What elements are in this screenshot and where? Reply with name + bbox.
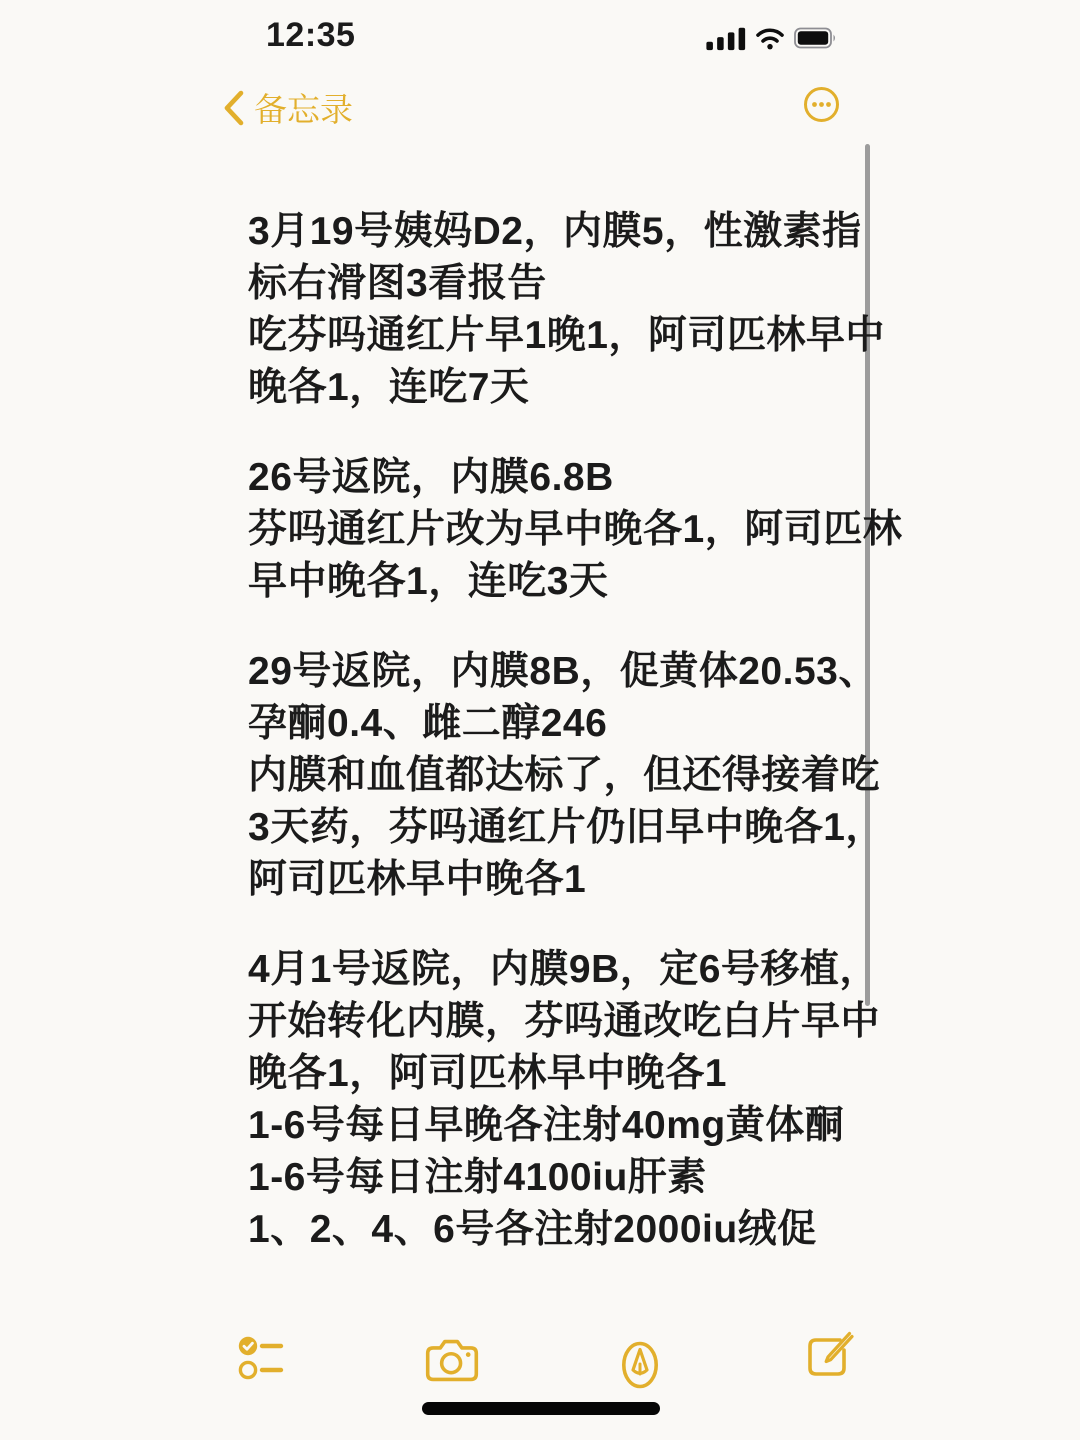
note-line: 内膜和血值都达标了，但还得接着吃 <box>248 750 858 802</box>
note-line: 1-6号每日早晚各注射40mg黄体酮 <box>248 1100 858 1152</box>
wifi-icon <box>755 27 785 50</box>
chevron-left-icon <box>222 90 244 126</box>
note-line: 26号返院，内膜6.8B <box>248 452 858 504</box>
note-line: 阿司匹林早中晚各1 <box>248 854 858 906</box>
note-line: 3天药，芬吗通红片仍旧早中晚各1， <box>248 802 858 854</box>
note-paragraph: 4月1号返院，内膜9B，定6号移植，开始转化内膜，芬吗通改吃白片早中晚各1，阿司… <box>248 944 858 1256</box>
checklist-icon <box>238 1334 284 1382</box>
note-line: 吃芬吗通红片早1晚1，阿司匹林早中 <box>248 310 858 362</box>
ellipsis-circle-icon <box>803 86 840 123</box>
note-line: 孕酮0.4、雌二醇246 <box>248 698 858 750</box>
note-line: 晚各1，连吃7天 <box>248 362 858 414</box>
compose-button[interactable] <box>804 1328 856 1380</box>
note-line: 29号返院，内膜8B，促黄体20.53、 <box>248 646 858 698</box>
note-body[interactable]: 3月19号姨妈D2，内膜5，性激素指标右滑图3看报告吃芬吗通红片早1晚1，阿司匹… <box>248 206 858 1256</box>
back-label: 备忘录 <box>254 84 353 131</box>
note-line: 晚各1，阿司匹林早中晚各1 <box>248 1048 858 1100</box>
compose-icon <box>804 1328 856 1380</box>
note-paragraph: 3月19号姨妈D2，内膜5，性激素指标右滑图3看报告吃芬吗通红片早1晚1，阿司匹… <box>248 206 858 414</box>
status-icons <box>706 24 838 52</box>
note-line: 早中晚各1，连吃3天 <box>248 556 858 608</box>
home-indicator[interactable] <box>422 1402 660 1415</box>
cellular-signal-icon <box>706 24 746 52</box>
status-time: 12:35 <box>266 16 355 55</box>
note-line: 开始转化内膜，芬吗通改吃白片早中 <box>248 996 858 1048</box>
note-line: 标右滑图3看报告 <box>248 258 858 310</box>
note-line: 3月19号姨妈D2，内膜5，性激素指 <box>248 206 858 258</box>
camera-icon <box>425 1338 479 1383</box>
notes-app-screen: 12:35 <box>210 0 870 1440</box>
checklist-button[interactable] <box>238 1334 284 1382</box>
note-line: 4月1号返院，内膜9B，定6号移植， <box>248 944 858 996</box>
more-button[interactable] <box>803 86 840 123</box>
back-button[interactable]: 备忘录 <box>222 84 353 131</box>
note-line: 1-6号每日注射4100iu肝素 <box>248 1152 858 1204</box>
note-paragraph: 26号返院，内膜6.8B芬吗通红片改为早中晚各1，阿司匹林早中晚各1，连吃3天 <box>248 452 858 608</box>
battery-icon <box>794 27 838 49</box>
markup-pen-icon <box>621 1340 659 1390</box>
scrollbar[interactable] <box>865 144 870 1006</box>
note-line: 1、2、4、6号各注射2000iu绒促 <box>248 1204 858 1256</box>
note-line: 芬吗通红片改为早中晚各1，阿司匹林 <box>248 504 858 556</box>
markup-button[interactable] <box>621 1340 659 1390</box>
note-paragraph: 29号返院，内膜8B，促黄体20.53、孕酮0.4、雌二醇246内膜和血值都达标… <box>248 646 858 906</box>
camera-button[interactable] <box>425 1338 479 1383</box>
